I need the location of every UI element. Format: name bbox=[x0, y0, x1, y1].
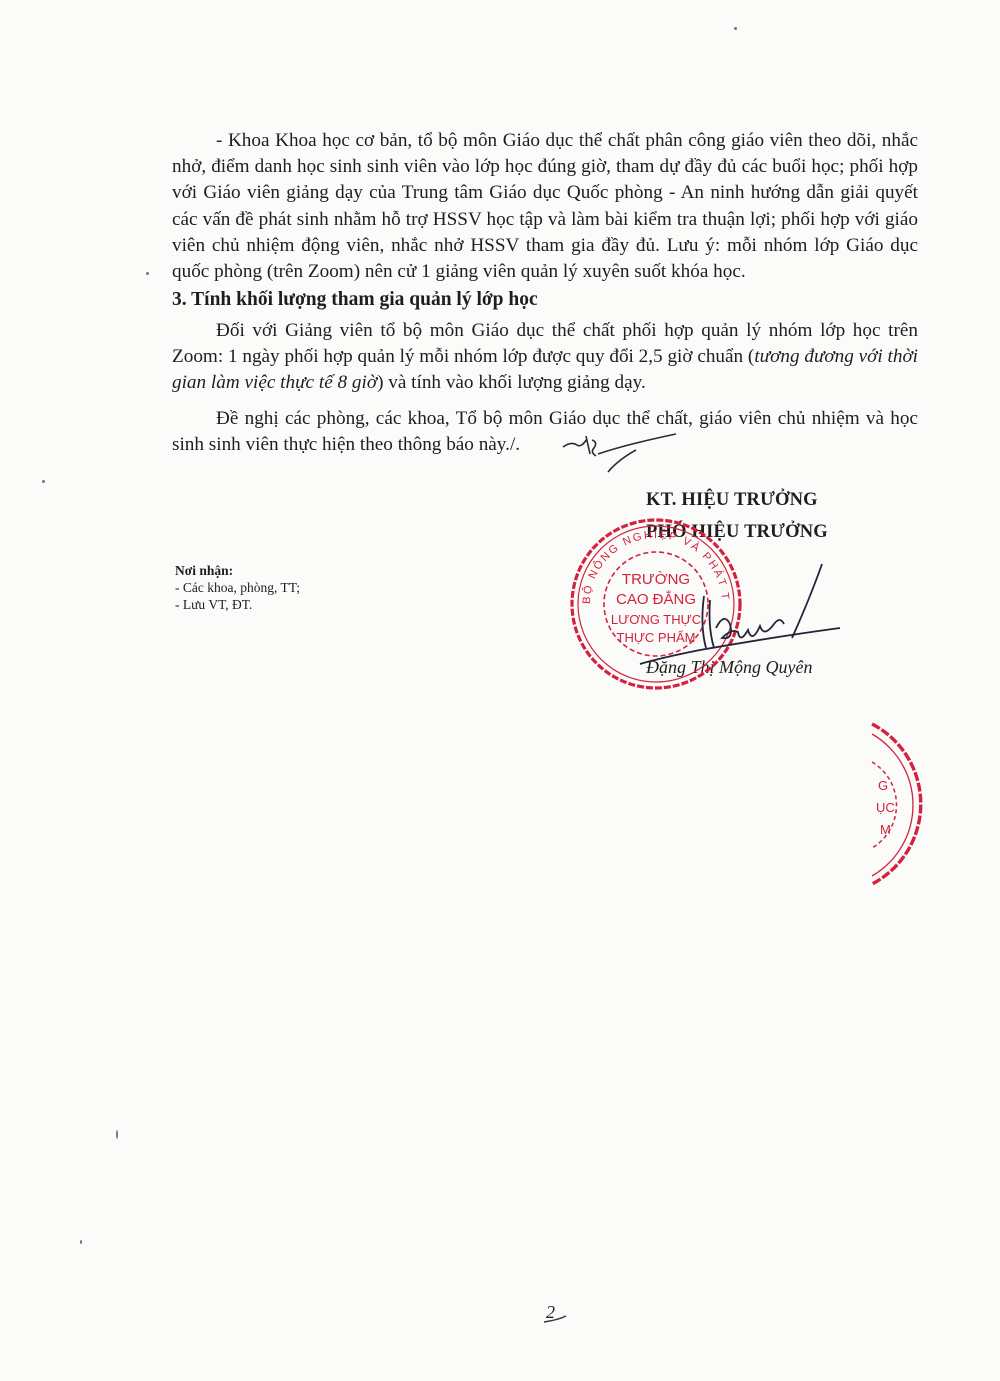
closing-paragraph: Đề nghị các phòng, các khoa, Tổ bộ môn G… bbox=[172, 406, 918, 458]
section-3-heading: 3. Tính khối lượng tham gia quản lý lớp … bbox=[172, 289, 538, 311]
page-number: 2 bbox=[546, 1302, 555, 1323]
recipient-item: - Lưu VT, ĐT. bbox=[175, 596, 300, 613]
svg-text:TRƯỜNG: TRƯỜNG bbox=[622, 571, 690, 588]
scan-speck bbox=[734, 27, 737, 30]
handwritten-signature-icon bbox=[640, 564, 840, 664]
svg-text:ỤC: ỤC bbox=[876, 800, 895, 815]
svg-text:LƯƠNG THỰC: LƯƠNG THỰC bbox=[611, 612, 701, 627]
signature-title-pho-hieu-truong: PHÓ HIỆU TRƯỞNG bbox=[646, 522, 828, 543]
scan-speck bbox=[116, 1130, 118, 1139]
recipients-block: Nơi nhận: - Các khoa, phòng, TT; - Lưu V… bbox=[175, 562, 300, 613]
svg-text:CAO ĐẲNG: CAO ĐẲNG bbox=[616, 590, 696, 608]
section-3-paragraph: Đối với Giảng viên tổ bộ môn Giáo dục th… bbox=[172, 318, 918, 397]
svg-text:M: M bbox=[880, 822, 891, 837]
paragraph-khoa-khoa-hoc-co-ban: - Khoa Khoa học cơ bản, tổ bộ môn Giáo d… bbox=[172, 128, 918, 285]
signature-title-kt-hieu-truong: KT. HIỆU TRƯỞNG bbox=[646, 490, 818, 511]
svg-text:THỰC PHẨM: THỰC PHẨM bbox=[617, 630, 696, 645]
scan-speck bbox=[80, 1240, 82, 1244]
recipients-label: Nơi nhận: bbox=[175, 562, 300, 579]
scan-speck bbox=[146, 272, 149, 275]
recipient-item: - Các khoa, phòng, TT; bbox=[175, 579, 300, 596]
partial-seal-icon: G ỤC M bbox=[872, 724, 921, 884]
scan-speck bbox=[42, 480, 45, 483]
section-3-text-end: ) và tính vào khối lượng giảng dạy. bbox=[377, 372, 646, 393]
signer-name: Đặng Thị Mộng Quyên bbox=[646, 657, 812, 678]
svg-text:G: G bbox=[878, 778, 888, 793]
